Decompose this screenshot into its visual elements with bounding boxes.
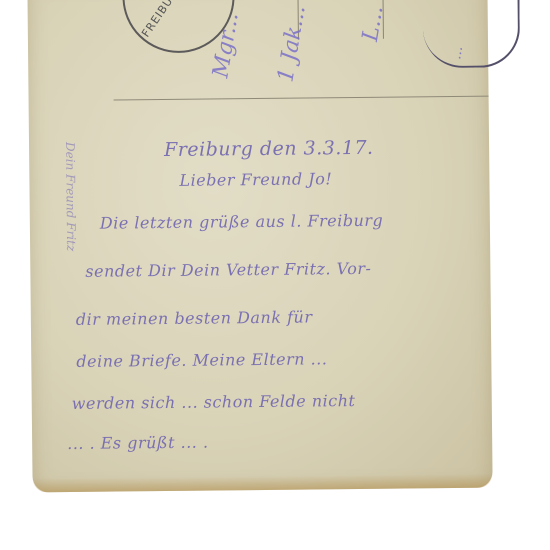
message-line: Lieber Freund Jo! — [179, 169, 332, 190]
message-line: deine Briefe. Meine Eltern ... — [76, 349, 327, 371]
postcard: FREIBURG 5.3. 7-8 Mgr... 1 Jak... L... .… — [27, 0, 492, 492]
side-note: Dein Freund Fritz — [63, 142, 78, 251]
message-line: ... . Es grüßt ... . — [67, 433, 209, 453]
address-divider — [114, 96, 489, 101]
pencil-loop-mark — [422, 0, 520, 68]
address-line: ... — [448, 45, 466, 61]
message-line: dir meinen besten Dank für — [76, 307, 313, 328]
address-line: 1 Jak... — [273, 4, 310, 84]
message-line: Freiburg den 3.3.17. — [164, 137, 374, 161]
message-line: Die letzten grüße aus l. Freiburg — [100, 211, 384, 233]
message-line: sendet Dir Dein Vetter Fritz. Vor- — [85, 259, 371, 281]
postmark-city: FREIBURG — [139, 0, 186, 40]
message-line: werden sich ... schon Felde nicht — [72, 391, 356, 413]
